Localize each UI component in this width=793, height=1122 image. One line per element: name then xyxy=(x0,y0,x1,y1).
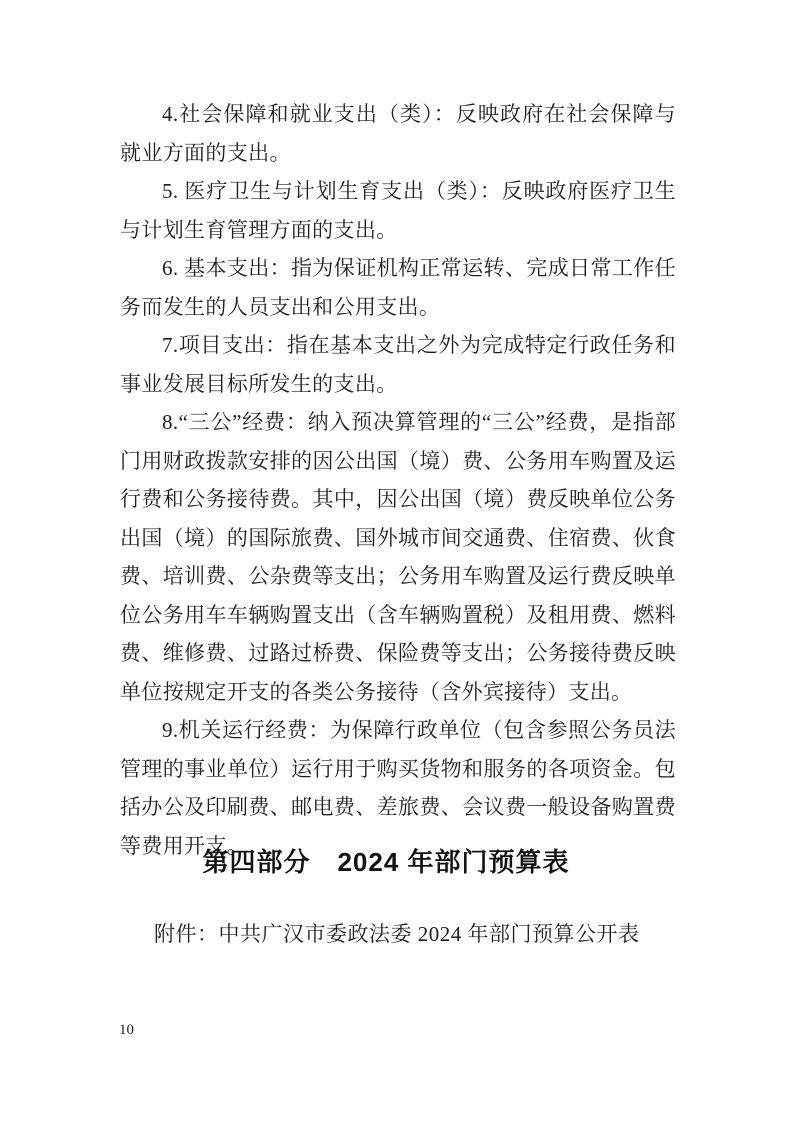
definition-paragraph-agency-operating-funds: 9.机关运行经费：为保障行政单位（包含参照公务员法管理的事业单位）运行用于购买货… xyxy=(120,711,676,865)
definition-paragraph-project-expenditure: 7.项目支出：指在基本支出之外为完成特定行政任务和事业发展目标所发生的支出。 xyxy=(120,326,676,403)
section-heading: 第四部分 2024 年部门预算表 xyxy=(108,845,664,879)
definition-paragraph-social-security: 4.社会保障和就业支出（类）：反映政府在社会保障与就业方面的支出。 xyxy=(120,95,676,172)
document-page: 4.社会保障和就业支出（类）：反映政府在社会保障与就业方面的支出。 5. 医疗卫… xyxy=(0,0,793,1122)
document-body: 4.社会保障和就业支出（类）：反映政府在社会保障与就业方面的支出。 5. 医疗卫… xyxy=(120,95,676,865)
page-number: 10 xyxy=(119,1021,134,1039)
definition-paragraph-three-public-funds: 8.“三公”经费：纳入预决算管理的“三公”经费，是指部门用财政拨款安排的因公出国… xyxy=(120,403,676,711)
attachment-line: 附件：中共广汉市委政法委 2024 年部门预算公开表 xyxy=(120,918,676,950)
definition-paragraph-medical-health: 5. 医疗卫生与计划生育支出（类）：反映政府医疗卫生与计划生育管理方面的支出。 xyxy=(120,172,676,249)
definition-paragraph-basic-expenditure: 6. 基本支出：指为保证机构正常运转、完成日常工作任务而发生的人员支出和公用支出… xyxy=(120,249,676,326)
